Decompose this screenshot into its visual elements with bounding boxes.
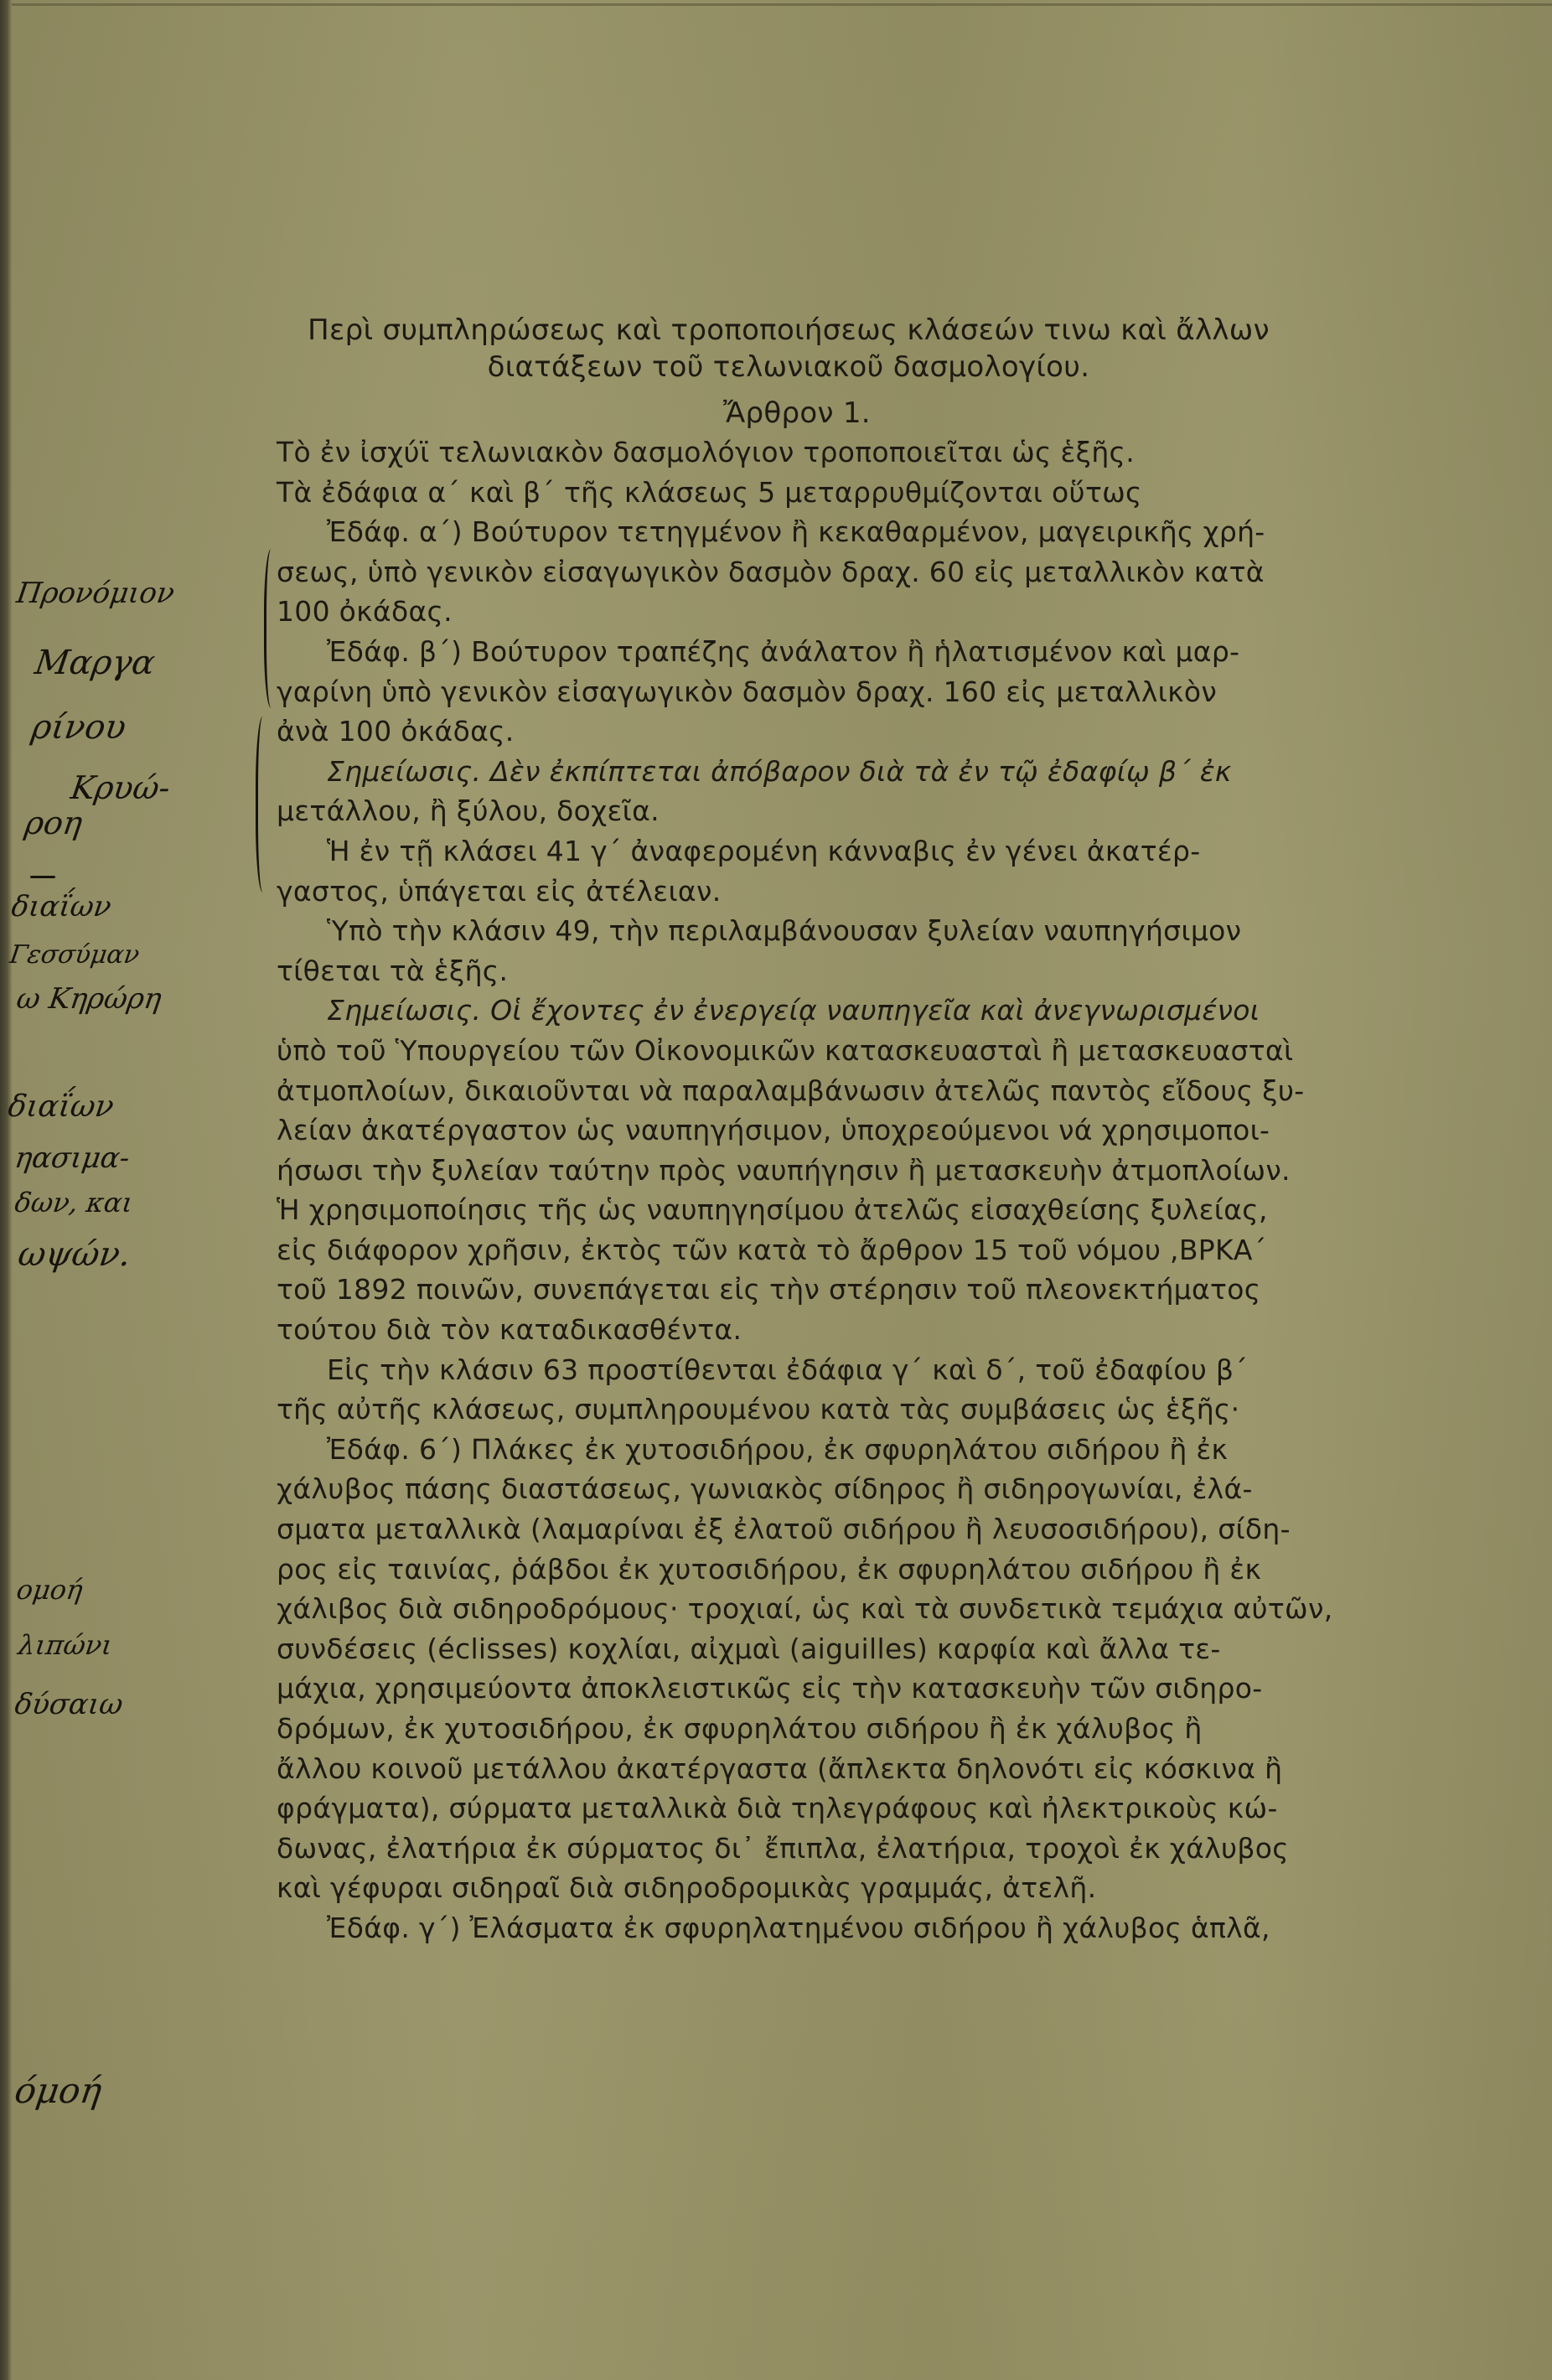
text-line: σεως, ὑπὸ γενικὸν εἰσαγωγικὸν δασμὸν δρα… [277,552,1317,592]
text-line: καὶ γέφυραι σιδηραῖ διὰ σιδηροδρομικὰς γ… [277,1868,1317,1908]
text-line: γαστος, ὑπάγεται εἰς ἀτέλειαν. [277,872,1317,912]
text-line: σματα μεταλλικὰ (λαμαρίναι ἐξ ἐλατοῦ σιδ… [277,1509,1317,1550]
text-line: ρος εἰς ταινίας, ῥάβδοι ἐκ χυτοσιδήρου, … [277,1550,1317,1590]
text-line: χάλιβος διὰ σιδηροδρόμους· τροχιαί, ὡς κ… [277,1589,1317,1629]
text-line: Ὑπὸ τὴν κλάσιν 49, τὴν περιλαμβάνουσαν ξ… [277,911,1317,951]
handwritten-note: Μαργα [33,644,158,682]
text-line: λείαν ἀκατέργαστον ὡς ναυπηγήσιμον, ὑποχ… [277,1110,1317,1151]
handwritten-note: Κρυώ- [69,769,173,806]
handwritten-note: ρίνου [29,708,128,747]
text-line: ὑπὸ τοῦ Ὑπουργείου τῶν Οἰκονομικῶν κατασ… [277,1031,1317,1071]
handwritten-note: ηασιμα- [13,1141,132,1175]
handwritten-note: ροη [23,805,85,841]
handwritten-note: Προνόμιον [14,577,176,610]
text-line: ἄλλου κοινοῦ μετάλλου ἀκατέργαστα (ἄπλεκ… [277,1749,1317,1789]
text-line: φράγματα), σύρματα μεταλλικὰ διὰ τηλεγρά… [277,1788,1317,1829]
text-line: μάχια, χρησιμεύοντα ἀποκλειστικῶς εἰς τὴ… [277,1669,1317,1709]
text-line: Σημείωσις. Οἱ ἔχοντες ἐν ἐνεργείᾳ ναυπηγ… [277,991,1317,1031]
text-line: τοῦ 1892 ποινῶν, συνεπάγεται εἰς τὴν στέ… [277,1270,1317,1310]
margin-annotations: Προνόμιον Μαργα ρίνου Κρυώ- ροη διαΐων Γ… [0,0,277,2380]
text-line: δρόμων, ἐκ χυτοσιδήρου, ἐκ σφυρηλάτου σι… [277,1709,1317,1749]
text-line: Εἰς τὴν κλάσιν 63 προστίθενται ἐδάφια γ΄… [277,1350,1317,1390]
text-line: τῆς αὐτῆς κλάσεως, συμπληρουμένου κατὰ τ… [277,1389,1317,1430]
text-line: γαρίνη ὑπὸ γενικὸν εἰσαγωγικὸν δασμὸν δρ… [277,672,1317,712]
text-line: Τὰ ἐδάφια α΄ καὶ β΄ τῆς κλάσεως 5 μεταρρ… [277,473,1317,513]
text-line: μετάλλου, ἢ ξύλου, δοχεῖα. [277,791,1317,831]
text-line: Ἡ χρησιμοποίησις τῆς ὡς ναυπηγησίμου ἀτε… [277,1190,1317,1230]
document-title: Περὶ συμπληρώσεως καὶ τροποποιήσεως κλάσ… [260,312,1317,385]
handwritten-note: λιπώνι [16,1629,114,1661]
text-line: Ἐδάφ. γ΄) Ἐλάσματα ἐκ σφυρηλατημένου σιδ… [277,1908,1317,1948]
handwritten-note: ωψών. [16,1235,133,1274]
text-line: εἰς διάφορον χρῆσιν, ἐκτὸς τῶν κατὰ τὸ ἄ… [277,1230,1317,1270]
handwritten-note: Γεσσύμαν [8,940,142,970]
text-line: συνδέσεις (éclisses) κοχλίαι, αἰχμαὶ (ai… [277,1629,1317,1669]
handwritten-note: δύσαιω [13,1688,125,1721]
handwritten-note: δων, και [13,1187,135,1218]
handwritten-note: διαΐων [9,890,113,924]
text-line: Ἐδάφ. α΄) Βούτυρον τετηγμένον ἢ κεκαθαρμ… [277,512,1317,552]
handwritten-note: όμοή [13,2070,105,2111]
text-line: Τὸ ἐν ἰσχύϊ τελωνιακὸν δασμολόγιον τροπο… [277,432,1317,473]
text-line: Ἐδάφ. 6΄) Πλάκες ἐκ χυτοσιδήρου, ἐκ σφυρ… [277,1430,1317,1470]
document-body: Περὶ συμπληρώσεως καὶ τροποποιήσεως κλάσ… [277,312,1317,1948]
text-line: δωνας, ἐλατήρια ἐκ σύρματος δι᾽ ἔπιπλα, … [277,1829,1317,1869]
handwritten-note: διαΐων [6,1089,116,1124]
text-line: Σημείωσις. Δὲν ἐκπίπτεται ἀπόβαρον διὰ τ… [277,752,1317,792]
text-line: τίθεται τὰ ἑξῆς. [277,951,1317,991]
paragraph: Τὸ ἐν ἰσχύϊ τελωνιακὸν δασμολόγιον τροπο… [277,432,1317,1948]
handwritten-note: ομοή [14,1574,85,1606]
bracket-mark [256,717,273,892]
handwritten-note: ω Κηρώρη [14,982,163,1016]
dash-mark [30,876,55,878]
text-line: ἀτμοπλοίων, δικαιοῦνται νὰ παραλαμβάνωσι… [277,1071,1317,1111]
text-line: τούτου διὰ τὸν καταδικασθέντα. [277,1310,1317,1350]
article-heading: Ἄρθρον 1. [277,394,1317,432]
title-line: διατάξεων τοῦ τελωνιακοῦ δασμολογίου. [260,349,1317,385]
text-line: 100 ὀκάδας. [277,592,1317,632]
text-line: ήσωσι τὴν ξυλείαν ταύτην πρὸς ναυπήγησιν… [277,1151,1317,1191]
text-line: Ἡ ἐν τῇ κλάσει 41 γ΄ ἀναφερομένη κάνναβι… [277,831,1317,872]
text-line: χάλυβος πάσης διαστάσεως, γωνιακὸς σίδηρ… [277,1469,1317,1509]
text-line: Ἐδάφ. β΄) Βούτυρον τραπέζης ἀνάλατον ἢ ἡ… [277,632,1317,672]
title-line: Περὶ συμπληρώσεως καὶ τροποποιήσεως κλάσ… [260,312,1317,349]
text-line: ἀνὰ 100 ὀκάδας. [277,711,1317,752]
